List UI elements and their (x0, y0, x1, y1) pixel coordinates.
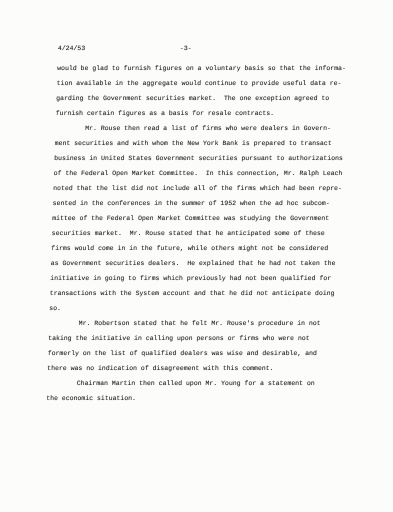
scan-content: 4/24/53 -3- would be glad to furnish fig… (46, 44, 358, 406)
paragraph-continuation: would be glad to furnish figures on a vo… (55, 61, 357, 121)
page-header: 4/24/53 -3- (58, 44, 358, 57)
document-date: 4/24/53 (58, 44, 86, 53)
paragraph-robertson-comment: Mr. Robertson stated that he felt Mr. Ro… (47, 316, 349, 376)
paragraph-martin-young: Chairman Martin then called upon Mr. You… (46, 376, 347, 406)
paragraph-rouse-dealer-list: Mr. Rouse then read a list of firms who … (49, 121, 355, 316)
page-number: -3- (180, 44, 192, 53)
scanned-document-page: 4/24/53 -3- would be glad to furnish fig… (0, 0, 393, 512)
document-body: would be glad to furnish figures on a vo… (46, 61, 357, 406)
